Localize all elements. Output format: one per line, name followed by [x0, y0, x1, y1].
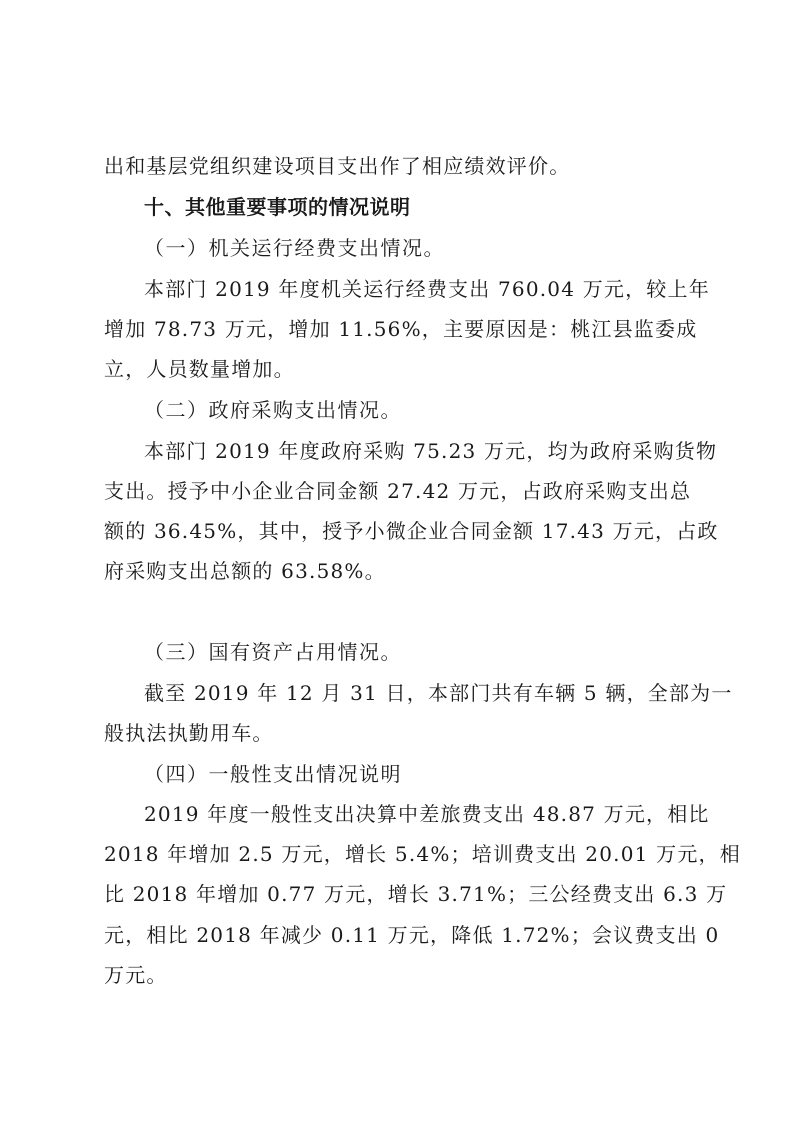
paragraph-4-line-4: 元，相比 2018 年减少 0.11 万元，降低 1.72%；会议费支出 0 — [104, 921, 690, 949]
paragraph-1-line-3: 立，人员数量增加。 — [104, 355, 690, 383]
subheading-1: （一）机关运行经费支出情况。 — [144, 234, 730, 262]
paragraph-4-line-2: 2018 年增加 2.5 万元，增长 5.4%；培训费支出 20.01 万元，相 — [104, 840, 690, 868]
paragraph-2-line-3: 额的 36.45%，其中，授予小微企业合同金额 17.43 万元，占政 — [104, 517, 690, 545]
paragraph-2-line-4: 府采购支出总额的 63.58%。 — [104, 557, 690, 585]
paragraph-1-line-2: 增加 78.73 万元，增加 11.56%，主要原因是：桃江县监委成 — [104, 315, 690, 343]
subheading-2: （二）政府采购支出情况。 — [144, 396, 730, 424]
paragraph-4-line-3: 比 2018 年增加 0.77 万元，增长 3.71%；三公经费支出 6.3 万 — [104, 880, 690, 908]
paragraph-2-line-2: 支出。授予中小企业合同金额 27.42 万元，占政府采购支出总 — [104, 477, 690, 505]
paragraph-1-line-1: 本部门 2019 年度机关运行经费支出 760.04 万元，较上年 — [144, 275, 690, 303]
paragraph-continuation: 出和基层党组织建设项目支出作了相应绩效评价。 — [104, 152, 690, 180]
paragraph-4-line-5: 万元。 — [104, 961, 690, 989]
paragraph-3-line-2: 般执法执勤用车。 — [104, 719, 690, 747]
paragraph-2-line-1: 本部门 2019 年度政府采购 75.23 万元，均为政府采购货物 — [144, 437, 690, 465]
section-heading-10: 十、其他重要事项的情况说明 — [144, 193, 730, 221]
paragraph-4-line-1: 2019 年度一般性支出决算中差旅费支出 48.87 万元，相比 — [144, 800, 690, 828]
subheading-3: （三）国有资产占用情况。 — [144, 638, 730, 666]
subheading-4: （四）一般性支出情况说明 — [144, 760, 730, 788]
document-page: 出和基层党组织建设项目支出作了相应绩效评价。 十、其他重要事项的情况说明 （一）… — [0, 0, 793, 1122]
paragraph-3-line-1: 截至 2019 年 12 月 31 日，本部门共有车辆 5 辆，全部为一 — [144, 679, 690, 707]
